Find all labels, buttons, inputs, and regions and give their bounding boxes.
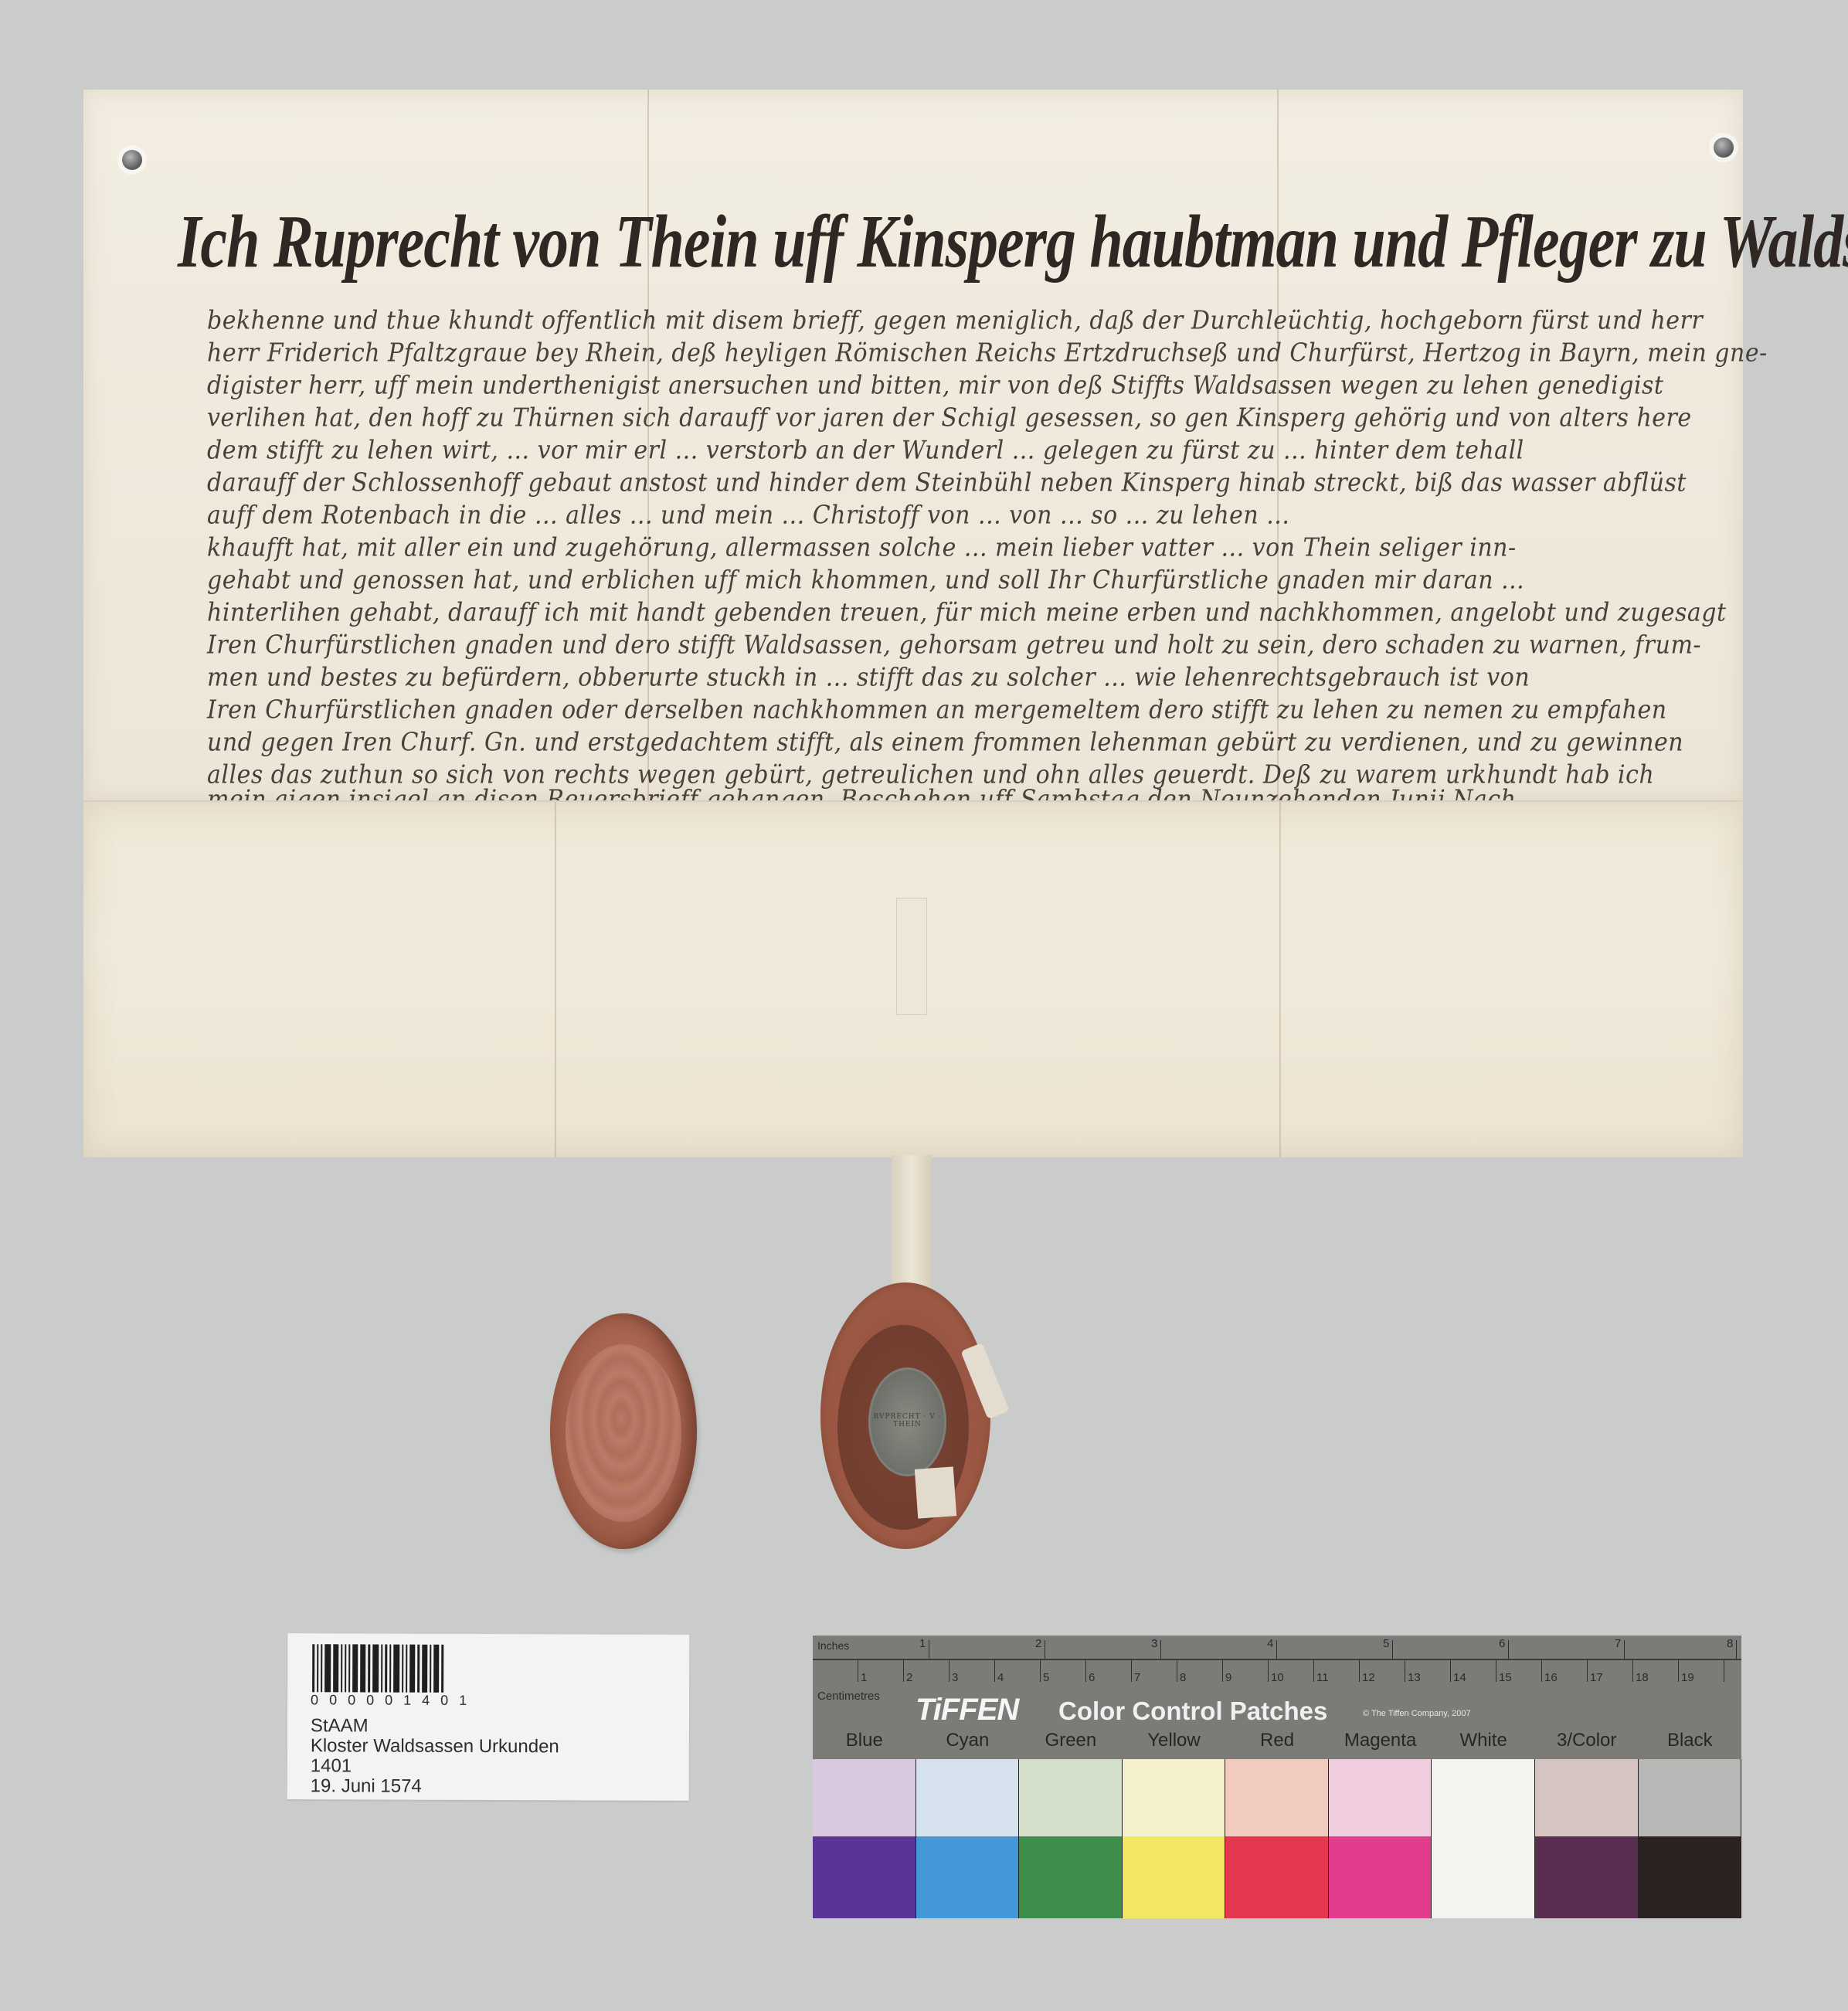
cm-tick-label: 12	[1362, 1671, 1375, 1684]
patch-label: Yellow	[1123, 1730, 1226, 1751]
patch-label: Blue	[813, 1730, 916, 1751]
patch-label: Cyan	[916, 1730, 1020, 1751]
cm-tick-label: 15	[1499, 1671, 1512, 1684]
charter-line: bekhenne und thue khundt offentlich mit …	[207, 306, 1703, 336]
charter-line: men und bestes zu befürdern, obberurte s…	[207, 663, 1530, 693]
card-copyright: © The Tiffen Company, 2007	[1363, 1709, 1471, 1718]
cm-tick-label: 10	[1271, 1671, 1284, 1684]
color-control-card: Inches 1 2 3 4 5 6 7 8 1 2 3 4 5 6 7 8 9…	[813, 1636, 1741, 1918]
barcode-number: 000001401	[311, 1692, 477, 1709]
cm-tick-label: 17	[1590, 1671, 1603, 1684]
patch-white-light	[1432, 1759, 1535, 1836]
patch-label: 3/Color	[1535, 1730, 1639, 1751]
charter-line: verlihen hat, den hoff zu Thürnen sich d…	[207, 403, 1692, 433]
patch-cyan-light	[916, 1759, 1020, 1836]
patch-blue-dark	[813, 1836, 916, 1918]
collection-name: Kloster Waldsassen Urkunden	[311, 1735, 559, 1758]
inch-tick-label: 1	[919, 1637, 926, 1650]
patch-3color-light	[1535, 1759, 1639, 1836]
mounting-pin-icon	[122, 150, 142, 170]
cm-tick-label: 3	[952, 1671, 958, 1684]
patch-magenta-light	[1329, 1759, 1432, 1836]
patch-label: Green	[1019, 1730, 1123, 1751]
charter-line: khaufft hat, mit aller ein und zugehörun…	[207, 533, 1517, 563]
seal-capsule: RVPRECHT · V · THEIN	[820, 1282, 990, 1549]
patch-yellow-dark	[1123, 1836, 1226, 1918]
charter-line: hinterlihen gehabt, darauff ich mit hand…	[207, 598, 1727, 628]
charter-parchment: Ich Ruprecht von Thein uff Kinsperg haub…	[83, 90, 1743, 1156]
archive-label: 000001401 StAAM Kloster Waldsassen Urkun…	[287, 1633, 690, 1801]
inch-tick-label: 6	[1499, 1637, 1505, 1650]
cm-tick-label: 14	[1453, 1671, 1466, 1684]
charter-line: Iren Churfürstlichen gnaden oder derselb…	[207, 695, 1667, 725]
patch-label: Magenta	[1329, 1730, 1432, 1751]
wax-seal-icon: RVPRECHT · V · THEIN	[868, 1367, 946, 1476]
charter-line: dem stifft zu lehen wirt, ... vor mir er…	[207, 436, 1524, 466]
inches-label: Inches	[817, 1639, 849, 1652]
patch-black-dark	[1639, 1836, 1742, 1918]
patch-white-dark	[1432, 1836, 1535, 1918]
charter-heading: Ich Ruprecht von Thein uff Kinsperg haub…	[178, 198, 1848, 285]
cm-tick-label: 1	[861, 1671, 867, 1684]
cm-tick-label: 18	[1636, 1671, 1649, 1684]
document-number: 1401	[311, 1755, 352, 1777]
cm-tick-label: 13	[1408, 1671, 1421, 1684]
patch-red-light	[1225, 1759, 1329, 1836]
charter-line: herr Friderich Pfaltzgraue bey Rhein, de…	[207, 338, 1768, 369]
cm-tick-label: 5	[1043, 1671, 1049, 1684]
inch-tick-label: 5	[1383, 1637, 1389, 1650]
charter-line: darauff der Schlossenhoff gebaut anstost…	[207, 468, 1687, 498]
patch-label: White	[1432, 1730, 1535, 1751]
cm-tick-label: 11	[1316, 1671, 1329, 1684]
seal-capsule-lid	[550, 1313, 697, 1549]
charter-line: und gegen Iren Churf. Gn. und erstgedach…	[207, 728, 1683, 758]
cm-tick-label: 8	[1180, 1671, 1186, 1684]
barcode-icon	[312, 1644, 446, 1693]
cm-tick-label: 2	[906, 1671, 912, 1684]
light-patch-row	[813, 1759, 1741, 1836]
cm-tick-label: 9	[1225, 1671, 1231, 1684]
patch-blue-light	[813, 1759, 916, 1836]
charter-line: gehabt und genossen hat, und erblichen u…	[207, 566, 1524, 596]
patch-cyan-dark	[916, 1836, 1020, 1918]
archive-name: StAAM	[311, 1715, 369, 1737]
charter-text-area: Ich Ruprecht von Thein uff Kinsperg haub…	[83, 90, 1743, 800]
seal-legend: RVPRECHT · V · THEIN	[871, 1413, 944, 1428]
cm-tick-label: 19	[1681, 1671, 1694, 1684]
cm-tick-label: 16	[1544, 1671, 1558, 1684]
patch-labels: Blue Cyan Green Yellow Red Magenta White…	[813, 1730, 1741, 1751]
patch-label: Black	[1639, 1730, 1742, 1751]
inch-tick-label: 7	[1615, 1637, 1621, 1650]
patch-green-dark	[1019, 1836, 1123, 1918]
charter-line: auff dem Rotenbach in die ... alles ... …	[207, 501, 1289, 531]
inch-tick-label: 3	[1151, 1637, 1157, 1650]
tiffen-logo: TiFFEN	[916, 1693, 1018, 1727]
patch-3color-dark	[1535, 1836, 1639, 1918]
fold-crease	[555, 802, 556, 1157]
seal-strap	[892, 1155, 932, 1290]
patch-yellow-light	[1123, 1759, 1226, 1836]
inch-tick-label: 4	[1267, 1637, 1273, 1650]
fold-crease	[1279, 802, 1281, 1157]
inch-ruler: Inches 1 2 3 4 5 6 7 8	[813, 1636, 1741, 1660]
patch-red-dark	[1225, 1836, 1329, 1918]
inch-tick-label: 8	[1727, 1637, 1733, 1650]
inch-tick-label: 2	[1035, 1637, 1041, 1650]
mounting-pin-icon	[1714, 138, 1734, 158]
dark-patch-row	[813, 1836, 1741, 1918]
centimetres-label: Centimetres	[817, 1690, 880, 1703]
document-date: 19. Juni 1574	[311, 1775, 422, 1798]
lid-wood-grain	[566, 1344, 681, 1522]
patch-label: Red	[1225, 1730, 1329, 1751]
patch-magenta-dark	[1329, 1836, 1432, 1918]
cm-tick-label: 7	[1134, 1671, 1140, 1684]
cm-ruler: 1 2 3 4 5 6 7 8 9 10 11 12 13 14 15 16 1…	[813, 1660, 1741, 1688]
cm-tick-label: 4	[997, 1671, 1004, 1684]
card-title: Color Control Patches	[1058, 1697, 1327, 1726]
charter-line: Iren Churfürstlichen gnaden und dero sti…	[207, 630, 1701, 661]
cm-tick-label: 6	[1089, 1671, 1095, 1684]
patch-black-light	[1639, 1759, 1742, 1836]
patch-green-light	[1019, 1759, 1123, 1836]
charter-line: digister herr, uff mein underthenigist a…	[207, 371, 1663, 401]
seal-strap-end	[915, 1466, 956, 1518]
seal-strap-slit	[896, 898, 927, 1015]
